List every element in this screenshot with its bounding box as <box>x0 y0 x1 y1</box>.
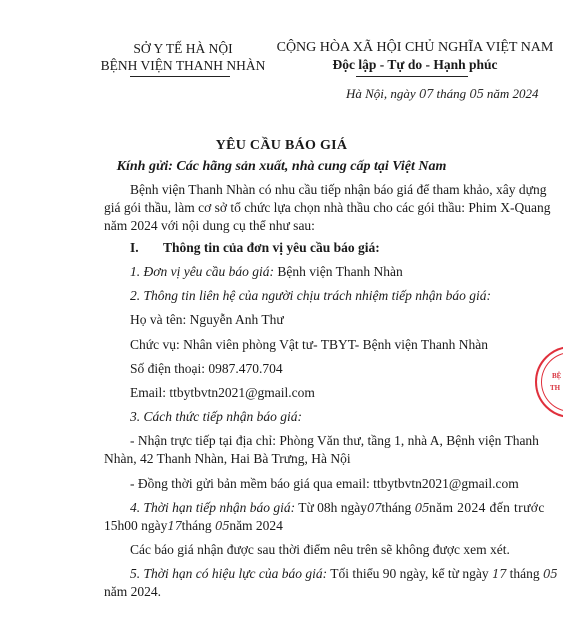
item-4-text: năm 2024 <box>229 518 283 533</box>
official-stamp <box>535 346 563 418</box>
item-3-label: 3. Cách thức tiếp nhận báo giá: <box>130 409 302 425</box>
item-2-label: 2. Thông tin liên hệ của người chịu trác… <box>130 288 491 304</box>
item-3-email-line: - Đồng thời gửi bản mềm báo giá qua emai… <box>130 476 519 492</box>
intro-line-3: năm 2024 với nội dung cụ thể như sau: <box>104 218 315 234</box>
section-number: I. <box>130 240 139 256</box>
section-heading: Thông tin của đơn vị yêu cầu báo giá: <box>163 240 380 256</box>
header-right-underline <box>356 76 468 77</box>
date-month-label: tháng <box>433 86 469 101</box>
date-day-handwritten: 07 <box>419 87 433 101</box>
stamp-text: BỆ <box>552 372 561 380</box>
item-4-text: tháng <box>182 518 215 533</box>
date-prefix: Hà Nội, ngày <box>346 86 419 101</box>
header-left-underline <box>130 76 230 77</box>
date-month-handwritten: 05 <box>469 87 483 101</box>
item-4-end-month-handwritten: 05 <box>215 519 229 533</box>
stamp-text: TH <box>550 384 560 392</box>
item-5-text: tháng <box>506 566 543 581</box>
item-1: 1. Đơn vị yêu cầu báo giá: Bệnh viện Tha… <box>130 264 403 280</box>
national-title: CỘNG HÒA XÃ HỘI CHỦ NGHĨA VIỆT NAM <box>270 40 560 56</box>
item-4-text: tháng <box>381 500 414 515</box>
hospital-name: BỆNH VIỆN THANH NHÀN <box>98 57 268 74</box>
item-5-line-2: năm 2024. <box>104 584 161 600</box>
date-year: năm 2024 <box>484 86 539 101</box>
item-5-text: Tối thiểu 90 ngày, kể từ ngày <box>327 566 492 581</box>
item-5-label: 5. Thời hạn có hiệu lực của báo giá: <box>130 566 327 581</box>
recipient-line: Kính gửi: Các hãng sản xuất, nhà cung cấ… <box>0 159 563 175</box>
intro-line-1: Bệnh viện Thanh Nhàn có nhu cầu tiếp nhậ… <box>130 182 538 198</box>
national-motto: Độc lập - Tự do - Hạnh phúc <box>270 57 560 73</box>
agency-name: SỞ Y TẾ HÀ NỘI <box>98 40 268 57</box>
item-4-line-1: 4. Thời hạn tiếp nhận báo giá: Từ 08h ng… <box>130 500 545 516</box>
item-5-line-1: 5. Thời hạn có hiệu lực của báo giá: Tối… <box>130 566 557 582</box>
document-date: Hà Nội, ngày 07 tháng 05 năm 2024 <box>346 86 539 102</box>
item-1-label: 1. Đơn vị yêu cầu báo giá: <box>130 264 274 279</box>
item-4-text: năm 2024 đến trước <box>429 500 545 515</box>
item-4-label: 4. Thời hạn tiếp nhận báo giá: <box>130 500 295 515</box>
item-1-value: Bệnh viện Thanh Nhàn <box>274 264 403 279</box>
contact-phone: Số điện thoại: 0987.470.704 <box>130 361 283 377</box>
contact-email: Email: ttbytbvtn2021@gmail.com <box>130 385 315 401</box>
item-4-line-2: 15h00 ngày17tháng 05năm 2024 <box>104 518 283 534</box>
document-title: YÊU CẦU BÁO GIÁ <box>0 138 563 154</box>
intro-line-2: giá gói thầu, làm cơ sở tổ chức lựa chọn… <box>104 200 538 216</box>
item-3-direct-line-1: - Nhận trực tiếp tại địa chỉ: Phòng Văn … <box>130 433 538 449</box>
item-3-direct-line-2: Nhàn, 42 Thanh Nhàn, Hai Bà Trưng, Hà Nộ… <box>104 451 351 467</box>
item-4-note: Các báo giá nhận được sau thời điểm nêu … <box>130 542 510 558</box>
item-4-text: Từ 08h ngày <box>295 500 367 515</box>
item-5-month-handwritten: 05 <box>543 567 557 581</box>
item-4-start-month-handwritten: 05 <box>415 501 429 515</box>
item-4-end-day-handwritten: 17 <box>167 519 181 533</box>
contact-position: Chức vụ: Nhân viên phòng Vật tư- TBYT- B… <box>130 337 488 353</box>
item-4-text: 15h00 ngày <box>104 518 167 533</box>
contact-name: Họ và tên: Nguyễn Anh Thư <box>130 312 284 328</box>
item-4-start-day-handwritten: 07 <box>367 501 381 515</box>
item-5-day-handwritten: 17 <box>492 567 506 581</box>
